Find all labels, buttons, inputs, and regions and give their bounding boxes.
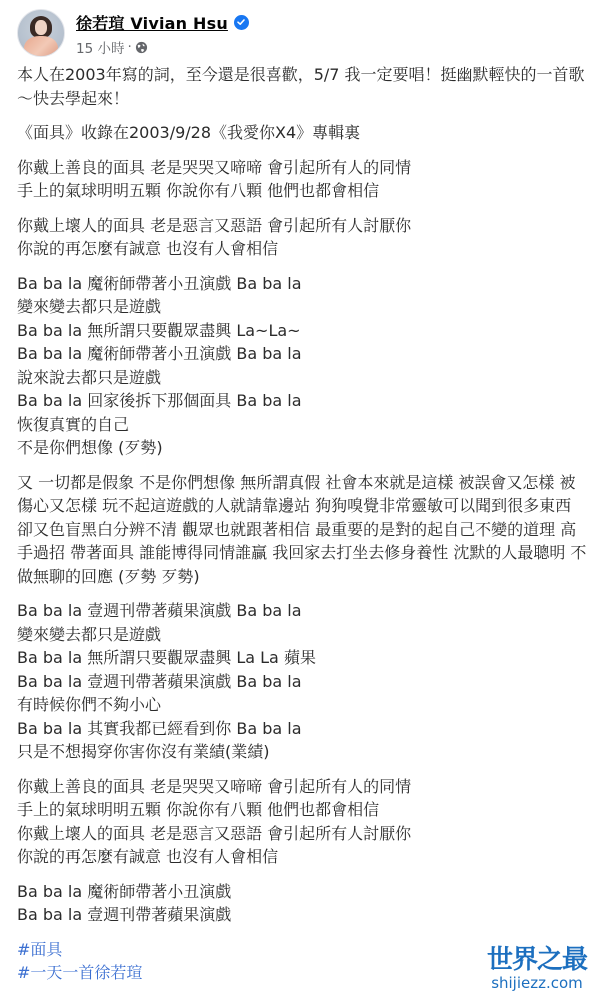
text-line: 手上的氣球明明五顆 你說你有八顆 他們也都會相信: [17, 179, 587, 203]
text-line: 說來說去都只是遊戲: [17, 366, 587, 390]
text-line: Ba ba la 壹週刊帶著蘋果演戲 Ba ba la: [17, 599, 587, 623]
text-line: 手上的氣球明明五顆 你說你有八顆 他們也都會相信: [17, 798, 587, 822]
text-line: 只是不想揭穿你害你沒有業績(業績): [17, 740, 587, 764]
text-line: Ba ba la 其實我都已經看到你 Ba ba la: [17, 717, 587, 741]
verified-badge-icon: [234, 15, 249, 30]
watermark-en: shijiezz.com: [487, 974, 587, 992]
avatar-face: [35, 20, 47, 35]
site-watermark: 世界之最 shijiezz.com: [487, 946, 587, 992]
text-line: 變來變去都只是遊戲: [17, 295, 587, 319]
paragraph-rap: 又 一切都是假象 不是你們想像 無所謂真假 社會本來就是這樣 被誤會又怎樣 被傷…: [17, 471, 587, 589]
paragraph-chorus-2: Ba ba la 壹週刊帶著蘋果演戲 Ba ba la 變來變去都只是遊戲 Ba…: [17, 599, 587, 764]
post-timestamp-link[interactable]: 15 小時: [76, 37, 124, 57]
paragraph-verse-2: 你戴上壞人的面具 老是惡言又惡語 會引起所有人討厭你 你說的再怎麼有誠意 也沒有…: [17, 214, 587, 261]
text-line: 《面具》收錄在2003/9/28《我愛你X4》專輯裏: [17, 121, 587, 145]
text-line: Ba ba la 魔術師帶著小丑演戲 Ba ba la: [17, 272, 587, 296]
post-body: 本人在2003年寫的詞，至今還是很喜歡，5/7 我一定要唱！挺幽默輕快的一首歌～…: [17, 63, 587, 985]
watermark-cn: 世界之最: [487, 946, 587, 974]
paragraph-album-info: 《面具》收錄在2003/9/28《我愛你X4》專輯裏: [17, 121, 587, 145]
globe-icon[interactable]: [135, 41, 148, 54]
text-line: 不是你們想像 (歹勢): [17, 436, 587, 460]
text-line: Ba ba la 壹週刊帶著蘋果演戲: [17, 903, 587, 927]
text-line: Ba ba la 魔術師帶著小丑演戲: [17, 880, 587, 904]
text-line: 你戴上壞人的面具 老是惡言又惡語 會引起所有人討厭你: [17, 822, 587, 846]
text-line: Ba ba la 魔術師帶著小丑演戲 Ba ba la: [17, 342, 587, 366]
text-line: 有時候你們不夠小心: [17, 693, 587, 717]
paragraph-outro: Ba ba la 魔術師帶著小丑演戲 Ba ba la 壹週刊帶著蘋果演戲: [17, 880, 587, 927]
separator-dot: ·: [127, 39, 131, 55]
avatar-body: [24, 36, 58, 57]
text-line: 變來變去都只是遊戲: [17, 623, 587, 647]
avatar[interactable]: [17, 9, 65, 57]
paragraph-chorus-1: Ba ba la 魔術師帶著小丑演戲 Ba ba la 變來變去都只是遊戲 Ba…: [17, 272, 587, 460]
post-meta: 徐若瑄 Vivian Hsu 15 小時 ·: [76, 10, 249, 57]
paragraph-verse-1: 你戴上善良的面具 老是哭哭又啼啼 會引起所有人的同情 手上的氣球明明五顆 你說你…: [17, 156, 587, 203]
paragraph-intro: 本人在2003年寫的詞，至今還是很喜歡，5/7 我一定要唱！挺幽默輕快的一首歌～…: [17, 63, 587, 110]
text-line: 你戴上壞人的面具 老是惡言又惡語 會引起所有人討厭你: [17, 214, 587, 238]
text-line: Ba ba la 無所謂只要觀眾盡興 La La 蘋果: [17, 646, 587, 670]
text-line: 你說的再怎麼有誠意 也沒有人會相信: [17, 237, 587, 261]
text-line: 你戴上善良的面具 老是哭哭又啼啼 會引起所有人的同情: [17, 156, 587, 180]
text-line: Ba ba la 無所謂只要觀眾盡興 La~La~: [17, 319, 587, 343]
text-line: 恢復真實的自己: [17, 413, 587, 437]
paragraph-verse-3: 你戴上善良的面具 老是哭哭又啼啼 會引起所有人的同情 手上的氣球明明五顆 你說你…: [17, 775, 587, 869]
author-name-link[interactable]: 徐若瑄 Vivian Hsu: [76, 11, 228, 34]
text-line: 你說的再怎麼有誠意 也沒有人會相信: [17, 845, 587, 869]
text-line: 本人在2003年寫的詞，至今還是很喜歡，5/7 我一定要唱！挺幽默輕快的一首歌～…: [17, 63, 587, 110]
post-header: 徐若瑄 Vivian Hsu 15 小時 ·: [17, 9, 249, 57]
text-line: Ba ba la 回家後拆下那個面具 Ba ba la: [17, 389, 587, 413]
text-line: 你戴上善良的面具 老是哭哭又啼啼 會引起所有人的同情: [17, 775, 587, 799]
text-line: 又 一切都是假象 不是你們想像 無所謂真假 社會本來就是這樣 被誤會又怎樣 被傷…: [17, 471, 587, 589]
post-time-row: 15 小時 ·: [76, 37, 249, 57]
author-row: 徐若瑄 Vivian Hsu: [76, 10, 249, 34]
text-line: Ba ba la 壹週刊帶著蘋果演戲 Ba ba la: [17, 670, 587, 694]
